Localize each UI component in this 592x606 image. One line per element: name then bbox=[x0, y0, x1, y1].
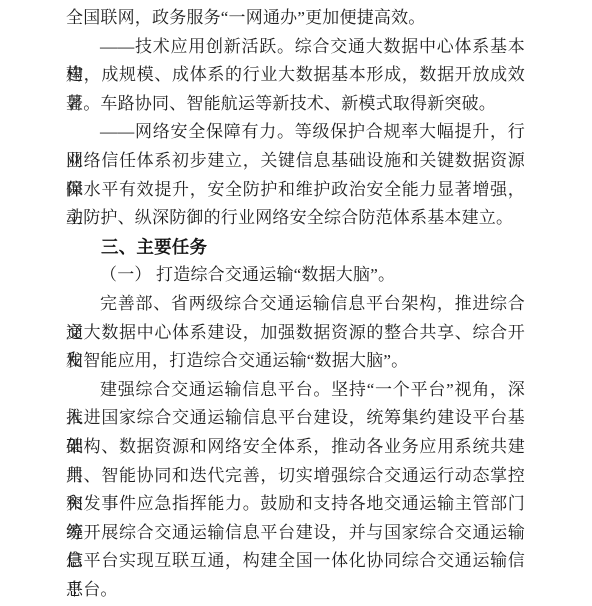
text-line: 网络信任体系初步建立，关键信息基础设施和关键数据资源保 bbox=[66, 147, 525, 176]
text-line: 筹开展综合交通运输信息平台建设，并与国家综合交通运输信 bbox=[66, 519, 525, 548]
text-line: 用、智能协同和迭代完善，切实增强综合交通运行动态掌控和 bbox=[66, 462, 525, 491]
text-line: 建，成规模、成体系的行业大数据基本形成，数据开放成效显 bbox=[66, 61, 525, 90]
text-line: 平台。 bbox=[66, 576, 525, 605]
text-line: 架构、数据资源和网络安全体系，推动各业务应用系统共建共 bbox=[66, 433, 525, 462]
text-line: 全国联网，政务服务“一网通办”更加便捷高效。 bbox=[66, 4, 525, 33]
text-line: 息平台实现互联互通，构建全国一体化协同综合交通运输信息 bbox=[66, 547, 525, 576]
text-line: 障水平有效提升，安全防护和维护政治安全能力显著增强，主 bbox=[66, 176, 525, 205]
section-heading-main-tasks: 三、主要任务 bbox=[66, 233, 525, 262]
text-line: 突发事件应急指挥能力。鼓励和支持各地交通运输主管部门统 bbox=[66, 490, 525, 519]
text-line: 著。车路协同、智能航运等新技术、新模式取得新突破。 bbox=[66, 90, 525, 119]
text-line: 建强综合交通运输信息平台。坚持“一个平台”视角，深入 bbox=[66, 376, 525, 405]
text-line: 完善部、省两级综合交通运输信息平台架构，推进综合交 bbox=[66, 290, 525, 319]
text-line: ——网络安全保障有力。等级保护合规率大幅提升，行业 bbox=[66, 118, 525, 147]
subsection-heading-data-brain: （一） 打造综合交通运输“数据大脑”。 bbox=[66, 261, 525, 290]
text-line: 和智能应用，打造综合交通运输“数据大脑”。 bbox=[66, 347, 525, 376]
text-line: 推进国家综合交通运输信息平台建设，统筹集约建设平台基础 bbox=[66, 404, 525, 433]
text-line: ——技术应用创新活跃。综合交通大数据中心体系基本构 bbox=[66, 33, 525, 62]
document-page: 全国联网，政务服务“一网通办”更加便捷高效。 ——技术应用创新活跃。综合交通大数… bbox=[0, 0, 592, 606]
text-line: 通大数据中心体系建设，加强数据资源的整合共享、综合开发 bbox=[66, 319, 525, 348]
text-line: 动防护、纵深防御的行业网络安全综合防范体系基本建立。 bbox=[66, 204, 525, 233]
